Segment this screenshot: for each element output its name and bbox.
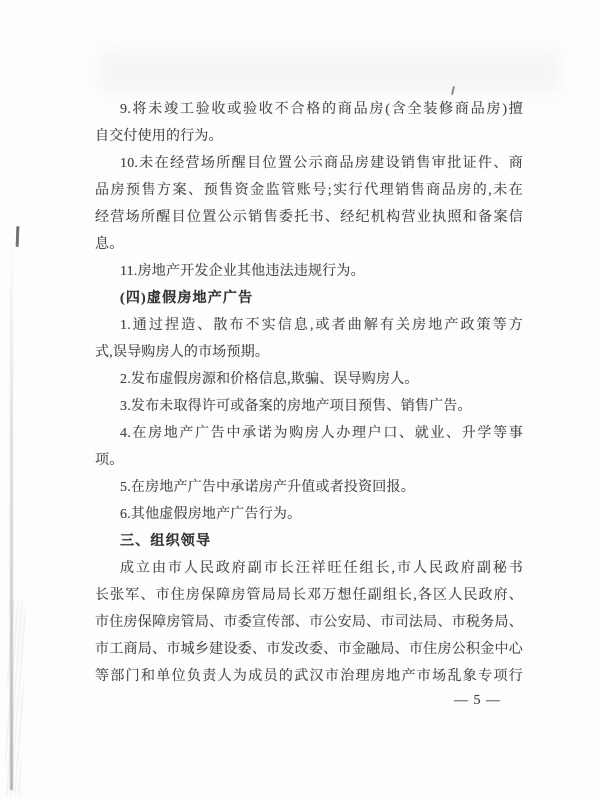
scan-smudge-top	[100, 50, 560, 92]
binding-mark	[16, 226, 20, 247]
text-line: 经营场所醒目位置公示销售委托书、经纪机构营业执照和备案信	[95, 204, 523, 231]
text-line: 式,误导购房人的市场预期。	[95, 339, 523, 366]
text-line: 等部门和单位负责人为成员的武汉市治理房地产市场乱象专项行	[95, 663, 523, 690]
text-line: 息。	[95, 231, 523, 258]
heading-line: 三、组织领导	[95, 528, 523, 555]
text-line: 3.发布未取得许可或备案的房地产项目预售、销售广告。	[95, 393, 523, 420]
text-line: 2.发布虚假房源和价格信息,欺骗、误导购房人。	[95, 366, 523, 393]
text-line: 市住房保障房管局、市委宣传部、市公安局、市司法局、市税务局、	[95, 609, 523, 636]
text-line: 市工商局、市城乡建设委、市发改委、市金融局、市住房公积金中心	[95, 636, 523, 663]
text-line: 自交付使用的行为。	[95, 123, 523, 150]
text-line: 9.将未竣工验收或验收不合格的商品房(含全装修商品房)擅	[95, 96, 523, 123]
text-line: 11.房地产开发企业其他违法违规行为。	[95, 258, 523, 285]
text-line: 10.未在经营场所醒目位置公示商品房建设销售审批证件、商	[95, 150, 523, 177]
text-line: 长张军、市住房保障房管局局长邓万想任副组长,各区人民政府、	[95, 582, 523, 609]
document-body: 9.将未竣工验收或验收不合格的商品房(含全装修商品房)擅自交付使用的行为。10.…	[95, 96, 523, 690]
text-line: 5.在房地产广告中承诺房产升值或者投资回报。	[95, 474, 523, 501]
text-line: 6.其他虚假房地产广告行为。	[95, 501, 523, 528]
scan-crease-smudge	[4, 600, 25, 795]
document-page: 9.将未竣工验收或验收不合格的商品房(含全装修商品房)擅自交付使用的行为。10.…	[0, 0, 600, 800]
heading-line: (四)虚假房地产广告	[95, 285, 523, 312]
text-line: 1.通过捏造、散布不实信息,或者曲解有关房地产政策等方	[95, 312, 523, 339]
text-line: 品房预售方案、预售资金监管账号;实行代理销售商品房的,未在	[95, 177, 523, 204]
text-line: 成立由市人民政府副市长汪祥旺任组长,市人民政府副秘书	[95, 555, 523, 582]
text-line: 项。	[95, 447, 523, 474]
text-line: 4.在房地产广告中承诺为购房人办理户口、就业、升学等事	[95, 420, 523, 447]
page-number: — 5 —	[454, 687, 501, 714]
